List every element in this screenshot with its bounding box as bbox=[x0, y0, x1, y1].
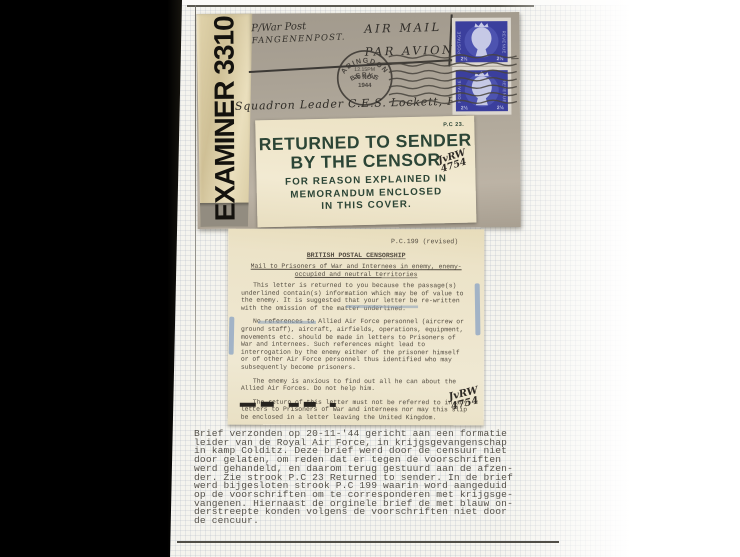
pow-post-annotation: P/War Post FANGENENPOST. bbox=[251, 18, 346, 48]
memo-paragraph-2: No references to Allied Air Force person… bbox=[241, 318, 471, 372]
stamp-revenue-text: REVENUE bbox=[501, 31, 506, 54]
page-right-fade bbox=[498, 0, 740, 557]
postmark-year: 1944 bbox=[358, 83, 372, 89]
memo-paragraph-3: The enemy is anxious to find out all he … bbox=[241, 377, 471, 393]
censor-tape-text: EXAMINER 3310 bbox=[208, 14, 241, 224]
returned-to-sender-label: P.C 23. RETURNED TO SENDER BY THE CENSOR… bbox=[255, 116, 476, 228]
svg-text:BERKS: BERKS bbox=[349, 72, 380, 83]
airmail-line-1: AIR MAIL bbox=[364, 16, 454, 41]
censor-blue-mark-right bbox=[475, 283, 481, 335]
memo-paragraph-1: This letter is returned to you because t… bbox=[241, 282, 471, 313]
album-top-rule bbox=[187, 5, 534, 7]
postmark-county: BERKS bbox=[349, 72, 380, 83]
album-bottom-rule bbox=[177, 541, 559, 543]
stamp-postage-text: POSTAGE bbox=[456, 31, 461, 54]
memo-subtitle-1: Mail to Prisoners of War and Internees i… bbox=[228, 263, 484, 271]
redaction-marks bbox=[240, 396, 341, 414]
label-code: P.C 23. bbox=[443, 122, 464, 128]
memo-subtitle-2: occupied and neutral territories bbox=[228, 271, 484, 279]
machine-cancel-lines bbox=[389, 52, 521, 111]
photo-black-margin bbox=[0, 0, 182, 557]
censor-blue-mark-left bbox=[229, 317, 235, 355]
censor-blue-underline-2 bbox=[258, 321, 316, 324]
typed-description: Brief verzonden op 20-11-'44 gericht aan… bbox=[194, 430, 513, 526]
album-page-photo: EXAMINER 3310 P/War Post FANGENENPOST. A… bbox=[0, 0, 740, 557]
caption-line: de cencuur. bbox=[194, 517, 513, 526]
memo-title: BRITISH POSTAL CENSORSHIP bbox=[228, 252, 484, 260]
memo-ref: P.C.199 (revised) bbox=[391, 238, 458, 245]
memo-handstamp: JvRW 4754 bbox=[448, 386, 482, 413]
censorship-memorandum: P.C.199 (revised) BRITISH POSTAL CENSORS… bbox=[228, 229, 485, 426]
censored-envelope: EXAMINER 3310 P/War Post FANGENENPOST. A… bbox=[196, 12, 520, 229]
censor-blue-underline-1 bbox=[346, 305, 418, 308]
